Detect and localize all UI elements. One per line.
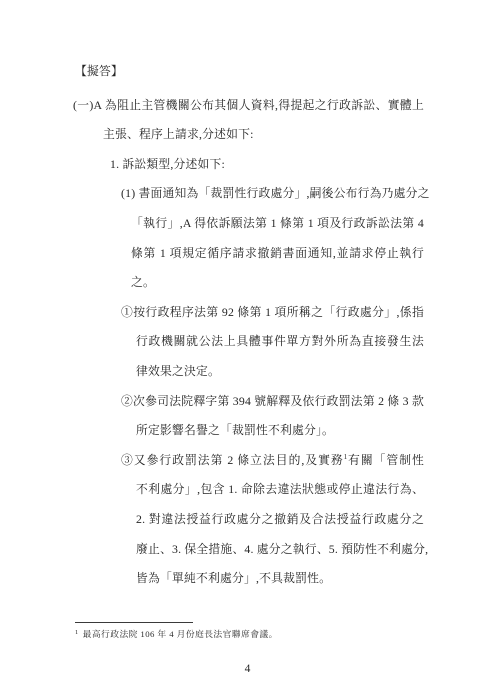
text-line: 之。 bbox=[131, 268, 424, 298]
footnote-rule bbox=[75, 622, 193, 623]
answer-header: 【擬答】 bbox=[75, 57, 495, 87]
text-line: 2. 對違法授益行政處分之撤銷及合法授益行政處分之 bbox=[136, 505, 424, 535]
text-line: 律效果之決定。 bbox=[136, 357, 424, 387]
text-line: 所定影響名譽之「裁罰性不利處分」。 bbox=[136, 416, 424, 446]
answer-body: 【擬答】 (一)A 為阻止主管機關公布其個人資料,得提起之行政訴訟、實體上 主張… bbox=[0, 57, 495, 594]
text-line: 不利處分」,包含 1. 命除去違法狀態或停止違法行為、 bbox=[136, 475, 424, 505]
text-line: ①按行政程序法第 92 條第 1 項所稱之「行政處分」,係指 bbox=[121, 298, 424, 328]
text-line: 「執行」,A 得依訴願法第 1 條第 1 項及行政訴訟法第 4 bbox=[131, 209, 424, 239]
page-number: 4 bbox=[0, 663, 495, 675]
text-line: (一)A 為阻止主管機關公布其個人資料,得提起之行政訴訟、實體上 bbox=[73, 91, 424, 121]
footnote-area: 1最高行政法院 106 年 4 月份庭長法官聯席會議。 bbox=[75, 622, 278, 639]
text-line: 廢止、3. 保全措施、4. 處分之執行、5. 預防性不利處分, bbox=[136, 535, 424, 565]
text-line: 條第 1 項規定循序請求撤銷書面通知,並請求停止執行 bbox=[131, 239, 424, 269]
text-line: ③又參行政罰法第 2 條立法目的,及實務1有關「管制性 bbox=[121, 446, 424, 476]
footnote-text-line: 1最高行政法院 106 年 4 月份庭長法官聯席會議。 bbox=[75, 628, 278, 639]
text-line: 行政機關就公法上具體事件單方對外所為直接發生法 bbox=[136, 327, 424, 357]
footnote-marker: 1 bbox=[75, 629, 79, 636]
text-line: 皆為「單純不利處分」,不具裁罰性。 bbox=[136, 564, 424, 594]
text-segment: ③又參行政罰法第 2 條立法目的,及實務 bbox=[121, 453, 344, 467]
document-page: 【擬答】 (一)A 為阻止主管機關公布其個人資料,得提起之行政訴訟、實體上 主張… bbox=[0, 0, 495, 700]
text-line: (1) 書面通知為「裁罰性行政處分」,嗣後公布行為乃處分之 bbox=[121, 179, 424, 209]
text-line: 1. 訴訟類型,分述如下: bbox=[110, 150, 424, 180]
text-line: 主張、程序上請求,分述如下: bbox=[103, 120, 424, 150]
footnote-text: 最高行政法院 106 年 4 月份庭長法官聯席會議。 bbox=[83, 629, 278, 639]
text-line: ②次參司法院釋字第 394 號解釋及依行政罰法第 2 條 3 款 bbox=[121, 387, 424, 417]
text-segment: 有關「管制性 bbox=[347, 453, 424, 467]
